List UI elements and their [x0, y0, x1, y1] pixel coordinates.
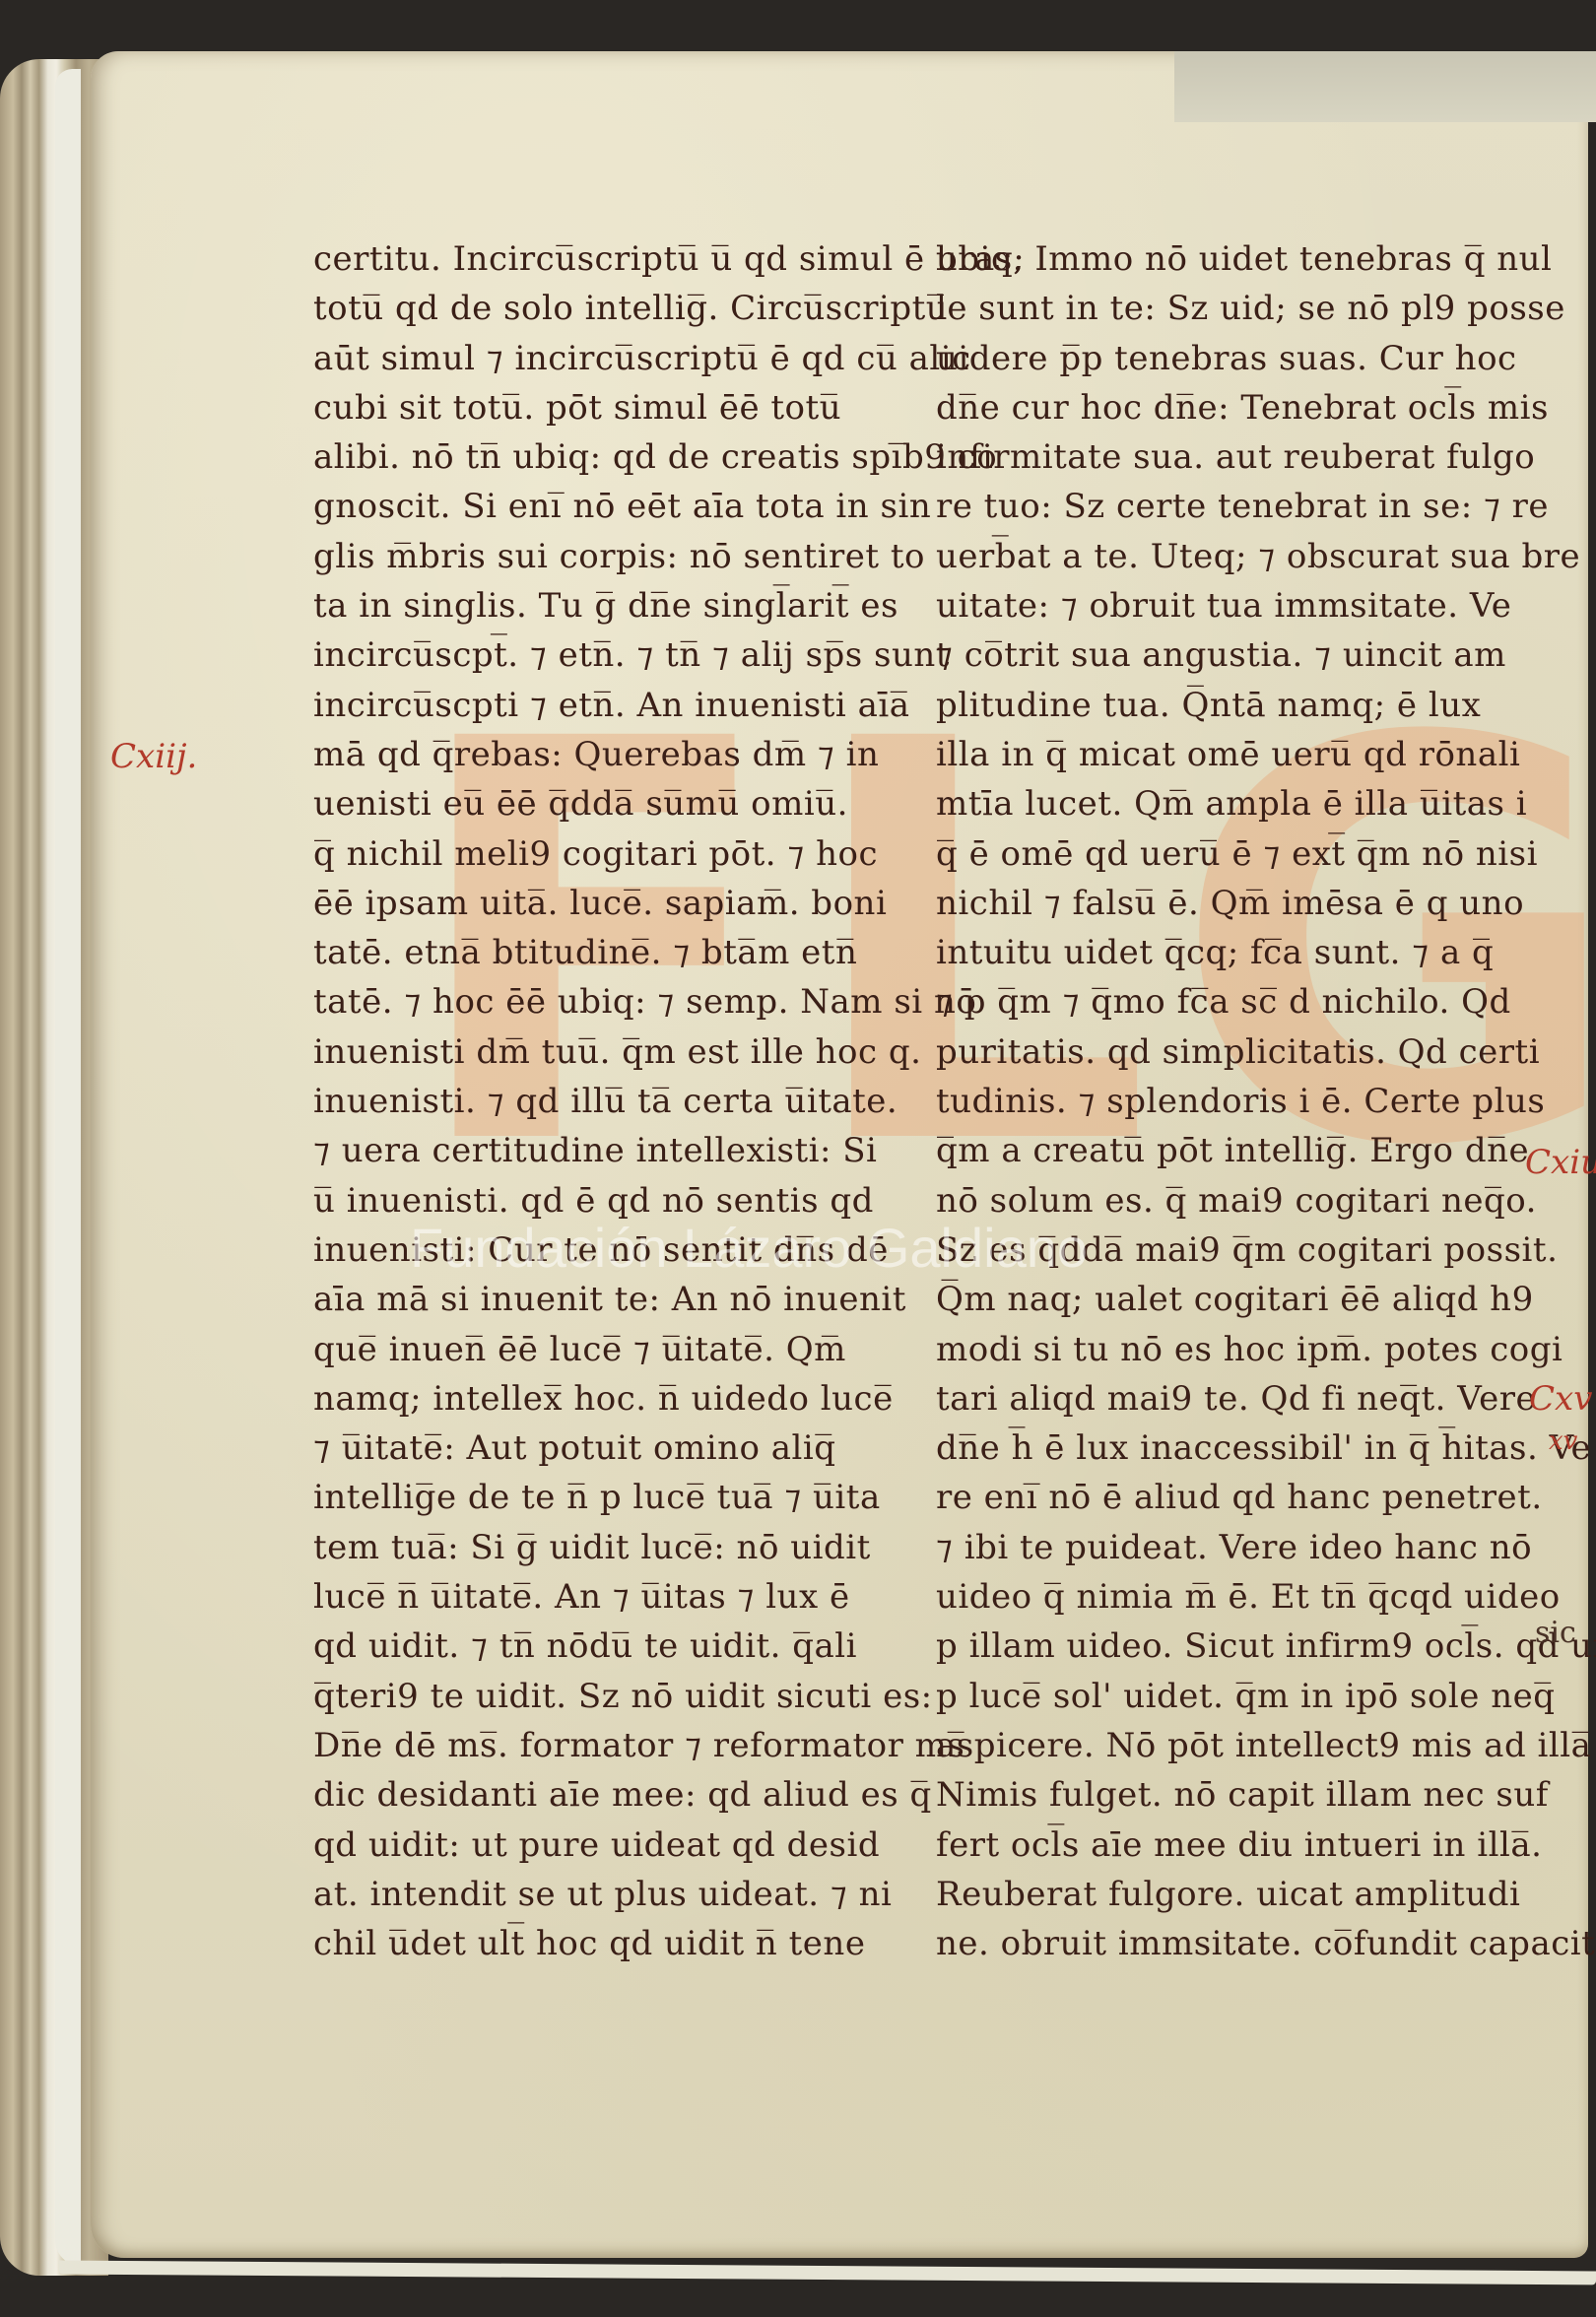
text-line: ēē ipsam uita̅. luce̅. sapiam̅. boni — [313, 879, 904, 928]
text-line: Q̅m naq; ualet cogitari ēē aliqd h9 — [936, 1275, 1527, 1324]
text-line: le sunt in te: Sz uid; se nō pl9 posse — [936, 284, 1527, 333]
text-line: q̅m a creatu̅ pōt intellig̅. Ergo dn̅e — [936, 1126, 1527, 1175]
right-margin-rubric-1: Cxiu — [1525, 1143, 1596, 1182]
text-line: tari aliqd mai9 te. Qd fi neq̅t. Vere — [936, 1374, 1527, 1423]
bottom-leaf-edge — [59, 2261, 1596, 2285]
text-line: q̅ nichil meli9 cogitari pōt. ⁊ hoc — [313, 829, 904, 879]
text-line: certitu. Incircu̅scriptu̅ u̅ qd simul ē … — [313, 234, 904, 284]
text-line: fert ocl̅s aīe mee diu intueri in illa̅. — [936, 1820, 1527, 1870]
text-line: incircu̅scpti ⁊ etn̅. An inuenisti aīa̅ — [313, 681, 904, 730]
right-margin-rubric-2b: xv — [1549, 1426, 1577, 1456]
text-line: incircu̅scpt̅. ⁊ etn̅. ⁊ tn̅ ⁊ alij sp̅s… — [313, 630, 904, 680]
right-text-column: bras. Immo nō uidet tenebras q̅ nul le s… — [936, 234, 1527, 1968]
text-line: mtīa lucet. Qm̅ ampla ē illa u̅itas i — [936, 779, 1527, 828]
text-line: que̅ inuen̅ ēē luce̅ ⁊ u̅itate̅. Qm̅ — [313, 1325, 904, 1374]
text-line: tudinis. ⁊ splendoris i ē. Certe plus — [936, 1077, 1527, 1126]
text-line: cubi sit totu̅. pōt simul ēē totu̅ — [313, 383, 904, 432]
text-line: ⁊ ibi te puideat. Vere ideo hanc nō — [936, 1523, 1527, 1572]
text-line: mā qd q̅rebas: Querebas dm̅ ⁊ in — [313, 730, 904, 779]
text-line: p illam uideo. Sicut infirm9 ocl̅s. qd u… — [936, 1622, 1527, 1671]
text-line: tatē. etna̅ btitudine̅. ⁊ bta̅m etn̅ — [313, 928, 904, 977]
white-leaf-edge — [55, 69, 81, 2266]
left-margin-rubric: Cxiij. — [110, 737, 197, 776]
text-line: bras. Immo nō uidet tenebras q̅ nul — [936, 234, 1527, 284]
text-line: tem tua̅: Si g̅ uidit luce̅: nō uidit — [313, 1523, 904, 1572]
text-line: gnoscit. Si eni̅ nō eēt aīa tota in sin — [313, 482, 904, 531]
text-line: p luce̅ sol' uidet. q̅m in ipō sole neq̅ — [936, 1672, 1527, 1721]
text-line: q̅ ē omē qd ueru̅ ē ⁊ ext̅ q̅m nō nisi — [936, 829, 1527, 879]
text-line: aūt simul ⁊ incircu̅scriptu̅ ē qd cu̅ al… — [313, 334, 904, 383]
text-line: uerb̅at a te. Uteq; ⁊ obscurat sua bre — [936, 532, 1527, 581]
text-line: aīa mā si inuenit te: An nō inuenit — [313, 1275, 904, 1324]
text-line: illa in q̅ micat omē ueru̅ qd rōnali — [936, 730, 1527, 779]
text-line: ta in singlis. Tu g̅ dn̅e singl̅arit̅ es — [313, 581, 904, 630]
text-line: nichil ⁊ falsu̅ ē. Qm̅ imēsa ē q uno — [936, 879, 1527, 928]
text-line: infirmitate sua. aut reuberat fulgo — [936, 432, 1527, 482]
text-line: plitudine tua. Q̅ntā namq; ē lux — [936, 681, 1527, 730]
text-line: uidere p̅p tenebras suas. Cur hoc — [936, 334, 1527, 383]
text-line: inuenisti. ⁊ qd illu̅ ta̅ certa u̅itate. — [313, 1077, 904, 1126]
text-line: dic desidanti aīe mee: qd aliud es q̅ — [313, 1770, 904, 1820]
text-line: inuenisti dm̅ tuu̅. q̅m est ille hoc q. — [313, 1027, 904, 1077]
text-line: modi si tu nō es hoc ipm̅. potes cogi — [936, 1325, 1527, 1374]
text-line: Nimis fulget. nō capit illam nec suf — [936, 1770, 1527, 1820]
top-shadow-band — [1174, 51, 1596, 122]
text-line: intuitu uidet q̅cq; fc̅a sunt. ⁊ a q̅ — [936, 928, 1527, 977]
text-line: re eni̅ nō ē aliud qd hanc penetret. — [936, 1473, 1527, 1522]
text-line: dn̅e h̅ ē lux inaccessibil' in q̅ h̅itas… — [936, 1423, 1527, 1473]
text-line: q̅teri9 te uidit. Sz nō uidit sicuti es: — [313, 1672, 904, 1721]
right-margin-rubric-2: Cxv — [1529, 1379, 1592, 1419]
text-line: ⁊ uera certitudine intellexisti: Si — [313, 1126, 904, 1175]
text-line: re tuo: Sz certe tenebrat in se: ⁊ re — [936, 482, 1527, 531]
text-line: namq; intellex̅ hoc. n̅ uidedo luce̅ — [313, 1374, 904, 1423]
left-text-column: certitu. Incircu̅scriptu̅ u̅ qd simul ē … — [313, 234, 904, 1968]
text-line: nō solum es. q̅ mai9 cogitari neq̅o. — [936, 1176, 1527, 1225]
text-line: Dn̅e dē ms̅. formator ⁊ reformator ms̅ — [313, 1721, 904, 1770]
text-line: uideo q̅ nimia m̅ ē. Et tn̅ q̅cqd uideo — [936, 1572, 1527, 1622]
text-line: chil u̅det ult̅ hoc qd uidit n̅ tene — [313, 1919, 904, 1968]
text-line: tatē. ⁊ hoc ēē ubiq: ⁊ semp. Nam si nō — [313, 977, 904, 1026]
text-line: Sz es q̅dda̅ mai9 q̅m cogitari possit. — [936, 1225, 1527, 1275]
text-line: ⁊ co̅trit sua angustia. ⁊ uincit am — [936, 630, 1527, 680]
text-line: ⁊ p q̅m ⁊ q̅mo fc̅a sc̅ d nichilo. Qd — [936, 977, 1527, 1026]
text-line: ⁊ u̅itate̅: Aut potuit omino aliq̅ — [313, 1423, 904, 1473]
text-line: dn̅e cur hoc dn̅e: Tenebrat ocl̅s mis — [936, 383, 1527, 432]
text-line: aspicere. Nō pōt intellect9 mis ad illa̅ — [936, 1721, 1527, 1770]
text-line: intellig̅e de te n̅ p luce̅ tua̅ ⁊ u̅ita — [313, 1473, 904, 1522]
text-line: u̅ inuenisti. qd ē qd nō sentis qd — [313, 1176, 904, 1225]
text-line: alibi. nō tn̅ ubiq: qd de creatis spi̅b9… — [313, 432, 904, 482]
text-line: luce̅ n̅ u̅itate̅. An ⁊ u̅itas ⁊ lux ē — [313, 1572, 904, 1622]
text-line: uenisti eu̅ ēē q̅dda̅ su̅mu̅ omiu̅. — [313, 779, 904, 828]
text-line: qd uidit: ut pure uideat qd desid — [313, 1820, 904, 1870]
right-margin-note: sic — [1535, 1616, 1576, 1650]
text-line: qd uidit. ⁊ tn̅ nōdu̅ te uidit. q̅ali — [313, 1622, 904, 1671]
text-line: at. intendit se ut plus uideat. ⁊ ni — [313, 1870, 904, 1919]
text-line: glis m̅bris sui corpis: nō sentiret to — [313, 532, 904, 581]
text-line: inuenisti: Cur te nō sentit dn̅s dē — [313, 1225, 904, 1275]
text-line: Reuberat fulgore. uicat amplitudi — [936, 1870, 1527, 1919]
text-line: puritatis. qd simplicitatis. Qd certi — [936, 1027, 1527, 1077]
text-line: uitate: ⁊ obruit tua immsitate. Ve — [936, 581, 1527, 630]
text-line: totu̅ qd de solo intellig̅. Circu̅script… — [313, 284, 904, 333]
text-line: ne. obruit immsitate. co̅fundit capacita — [936, 1919, 1527, 1968]
